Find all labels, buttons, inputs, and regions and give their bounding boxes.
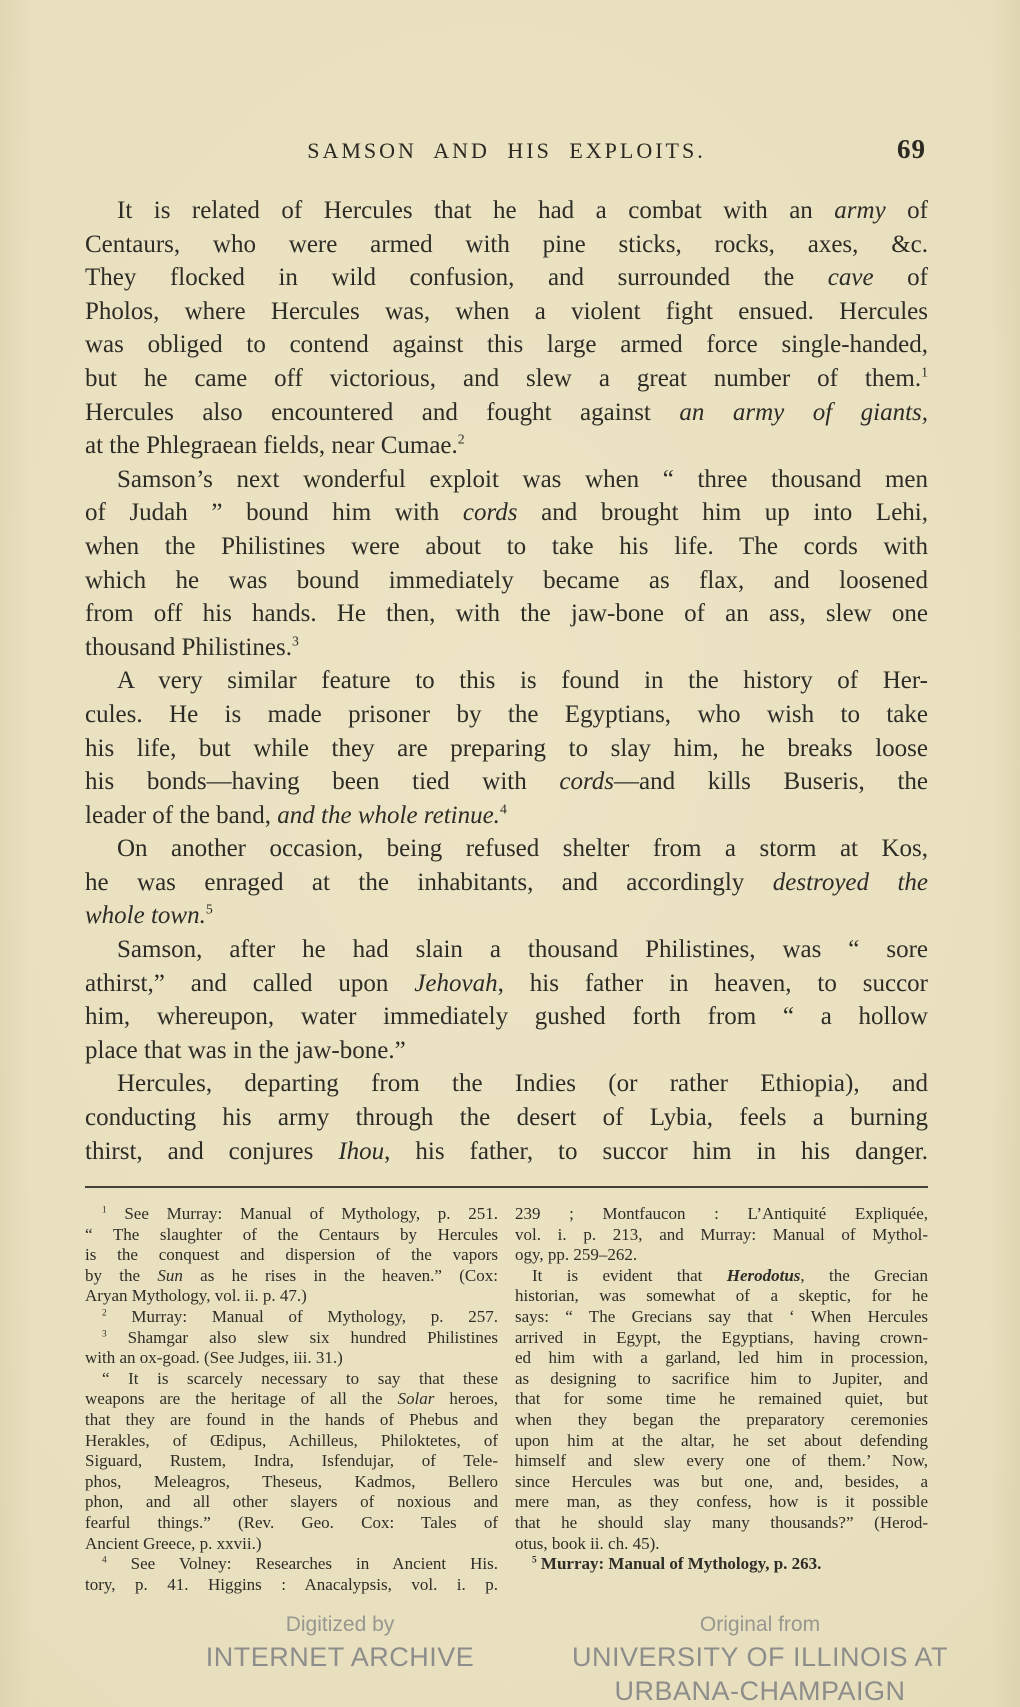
internet-archive-label: INTERNET ARCHIVE xyxy=(170,1640,510,1674)
page-header: SAMSON AND HIS EXPLOITS. 69 xyxy=(85,138,928,170)
text-line: It is related of Hercules that he had a … xyxy=(85,194,928,228)
text-line: athirst,” and called upon Jehovah, his f… xyxy=(85,967,928,1001)
footnote-line: that he should slay many thousands?” (He… xyxy=(515,1513,928,1534)
footnote-line: phos, Meleagros, Theseus, Kadmos, Beller… xyxy=(85,1472,498,1493)
text-line: he was enraged at the inhabitants, and a… xyxy=(85,866,928,900)
text-line: which he was bound immediately became as… xyxy=(85,564,928,598)
footnote-line: upon him at the altar, he set about defe… xyxy=(515,1431,928,1452)
digitized-by-label: Digitized by xyxy=(170,1610,510,1640)
text-line: whole town.5 xyxy=(85,899,928,933)
footnote-line: phon, and all other slayers of noxious a… xyxy=(85,1492,498,1513)
footnote-line: Aryan Mythology, vol. ii. p. 47.) xyxy=(85,1286,498,1307)
footnote-line: mere man, as they confess, how is it pos… xyxy=(515,1492,928,1513)
footnote-line: 5 Murray: Manual of Mythology, p. 263. xyxy=(515,1554,928,1575)
original-from-label: Original from xyxy=(535,1610,985,1640)
text-line: Samson, after he had slain a thousand Ph… xyxy=(85,933,928,967)
footnote-line: as designing to sacrifice him to Jupiter… xyxy=(515,1369,928,1390)
text-line: They flocked in wild confusion, and surr… xyxy=(85,261,928,295)
text-line: but he came off victorious, and slew a g… xyxy=(85,362,928,396)
footnote-line: himself and slew every one of them.’ Now… xyxy=(515,1451,928,1472)
footnote-line: arrived in Egypt, the Egyptians, having … xyxy=(515,1328,928,1349)
internet-archive-watermark: Digitized by INTERNET ARCHIVE xyxy=(170,1610,510,1674)
text-line: was obliged to contend against this larg… xyxy=(85,328,928,362)
text-line: Centaurs, who were armed with pine stick… xyxy=(85,228,928,262)
university-name-line1: UNIVERSITY OF ILLINOIS AT xyxy=(535,1640,985,1674)
footnotes: 1 See Murray: Manual of Mythology, p. 25… xyxy=(85,1204,928,1595)
footnote-line: when they began the preparatory ceremoni… xyxy=(515,1410,928,1431)
footnote-line: 239 ; Montfaucon : L’Antiquité Expliquée… xyxy=(515,1204,928,1225)
footnote-line: “ The slaughter of the Centaurs by Hercu… xyxy=(85,1225,498,1246)
text-line: him, whereupon, water immediately gushed… xyxy=(85,1000,928,1034)
footnotes-left-column: 1 See Murray: Manual of Mythology, p. 25… xyxy=(85,1204,498,1595)
footnote-line: Siguard, Rustem, Indra, Isfendujar, of T… xyxy=(85,1451,498,1472)
footnote-line: vol. i. p. 213, and Murray: Manual of My… xyxy=(515,1225,928,1246)
footnote-line: that for some time he remained quiet, bu… xyxy=(515,1389,928,1410)
footnote-line: otus, book ii. ch. 45). xyxy=(515,1534,928,1555)
book-page: SAMSON AND HIS EXPLOITS. 69 It is relate… xyxy=(0,0,1020,1707)
text-line: A very similar feature to this is found … xyxy=(85,664,928,698)
text-line: conducting his army through the desert o… xyxy=(85,1101,928,1135)
text-line: place that was in the jaw-bone.” xyxy=(85,1034,928,1068)
text-line: On another occasion, being refused shelt… xyxy=(85,832,928,866)
university-watermark: Original from UNIVERSITY OF ILLINOIS AT … xyxy=(535,1610,985,1707)
footnote-line: is the conquest and dispersion of the va… xyxy=(85,1245,498,1266)
footnote-line: since Hercules was but one, and, besides… xyxy=(515,1472,928,1493)
text-line: of Judah ” bound him with cords and brou… xyxy=(85,496,928,530)
footnote-line: 4 See Volney: Researches in Ancient His. xyxy=(85,1554,498,1575)
text-line: his bonds—having been tied with cords—an… xyxy=(85,765,928,799)
footnote-line: Ancient Greece, p. xxvii.) xyxy=(85,1534,498,1555)
text-line: thousand Philistines.3 xyxy=(85,631,928,665)
footnote-line: 2 Murray: Manual of Mythology, p. 257. xyxy=(85,1307,498,1328)
footnote-line: Herakles, of Œdipus, Achilleus, Philokte… xyxy=(85,1431,498,1452)
text-line: Pholos, where Hercules was, when a viole… xyxy=(85,295,928,329)
text-line: leader of the band, and the whole retinu… xyxy=(85,799,928,833)
footnote-line: ed him with a garland, led him in proces… xyxy=(515,1348,928,1369)
text-line: from off his hands. He then, with the ja… xyxy=(85,597,928,631)
footnote-line: historian, was somewhat of a skeptic, fo… xyxy=(515,1286,928,1307)
university-name-line2: URBANA-CHAMPAIGN xyxy=(535,1674,985,1707)
footnote-line: “ It is scarcely necessary to say that t… xyxy=(85,1369,498,1390)
footnote-line: 1 See Murray: Manual of Mythology, p. 25… xyxy=(85,1204,498,1225)
footnotes-right-column: 239 ; Montfaucon : L’Antiquité Expliquée… xyxy=(515,1204,928,1595)
footnote-line: fearful things.” (Rev. Geo. Cox: Tales o… xyxy=(85,1513,498,1534)
footnote-divider xyxy=(85,1186,928,1188)
footnote-line: It is evident that Herodotus, the Grecia… xyxy=(515,1266,928,1287)
footnote-line: weapons are the heritage of all the Sola… xyxy=(85,1389,498,1410)
footnote-line: 3 Shamgar also slew six hundred Philisti… xyxy=(85,1328,498,1349)
text-line: Hercules also encountered and fought aga… xyxy=(85,396,928,430)
footnote-line: tory, p. 41. Higgins : Anacalypsis, vol.… xyxy=(85,1575,498,1596)
footnote-line: ogy, pp. 259–262. xyxy=(515,1245,928,1266)
text-line: his life, but while they are preparing t… xyxy=(85,732,928,766)
footnote-line: that they are found in the hands of Pheb… xyxy=(85,1410,498,1431)
running-header: SAMSON AND HIS EXPLOITS. xyxy=(85,138,928,164)
text-line: at the Phlegraean fields, near Cumae.2 xyxy=(85,429,928,463)
footnote-line: with an ox-goad. (See Judges, iii. 31.) xyxy=(85,1348,498,1369)
text-line: cules. He is made prisoner by the Egypti… xyxy=(85,698,928,732)
footnote-line: by the Sun as he rises in the heaven.” (… xyxy=(85,1266,498,1287)
main-text: It is related of Hercules that he had a … xyxy=(85,194,928,1168)
footnote-line: says: “ The Grecians say that ‘ When Her… xyxy=(515,1307,928,1328)
text-line: thirst, and conjures Ihou, his father, t… xyxy=(85,1135,928,1169)
page-number: 69 xyxy=(897,134,926,165)
text-line: Hercules, departing from the Indies (or … xyxy=(85,1067,928,1101)
text-line: when the Philistines were about to take … xyxy=(85,530,928,564)
text-line: Samson’s next wonderful exploit was when… xyxy=(85,463,928,497)
